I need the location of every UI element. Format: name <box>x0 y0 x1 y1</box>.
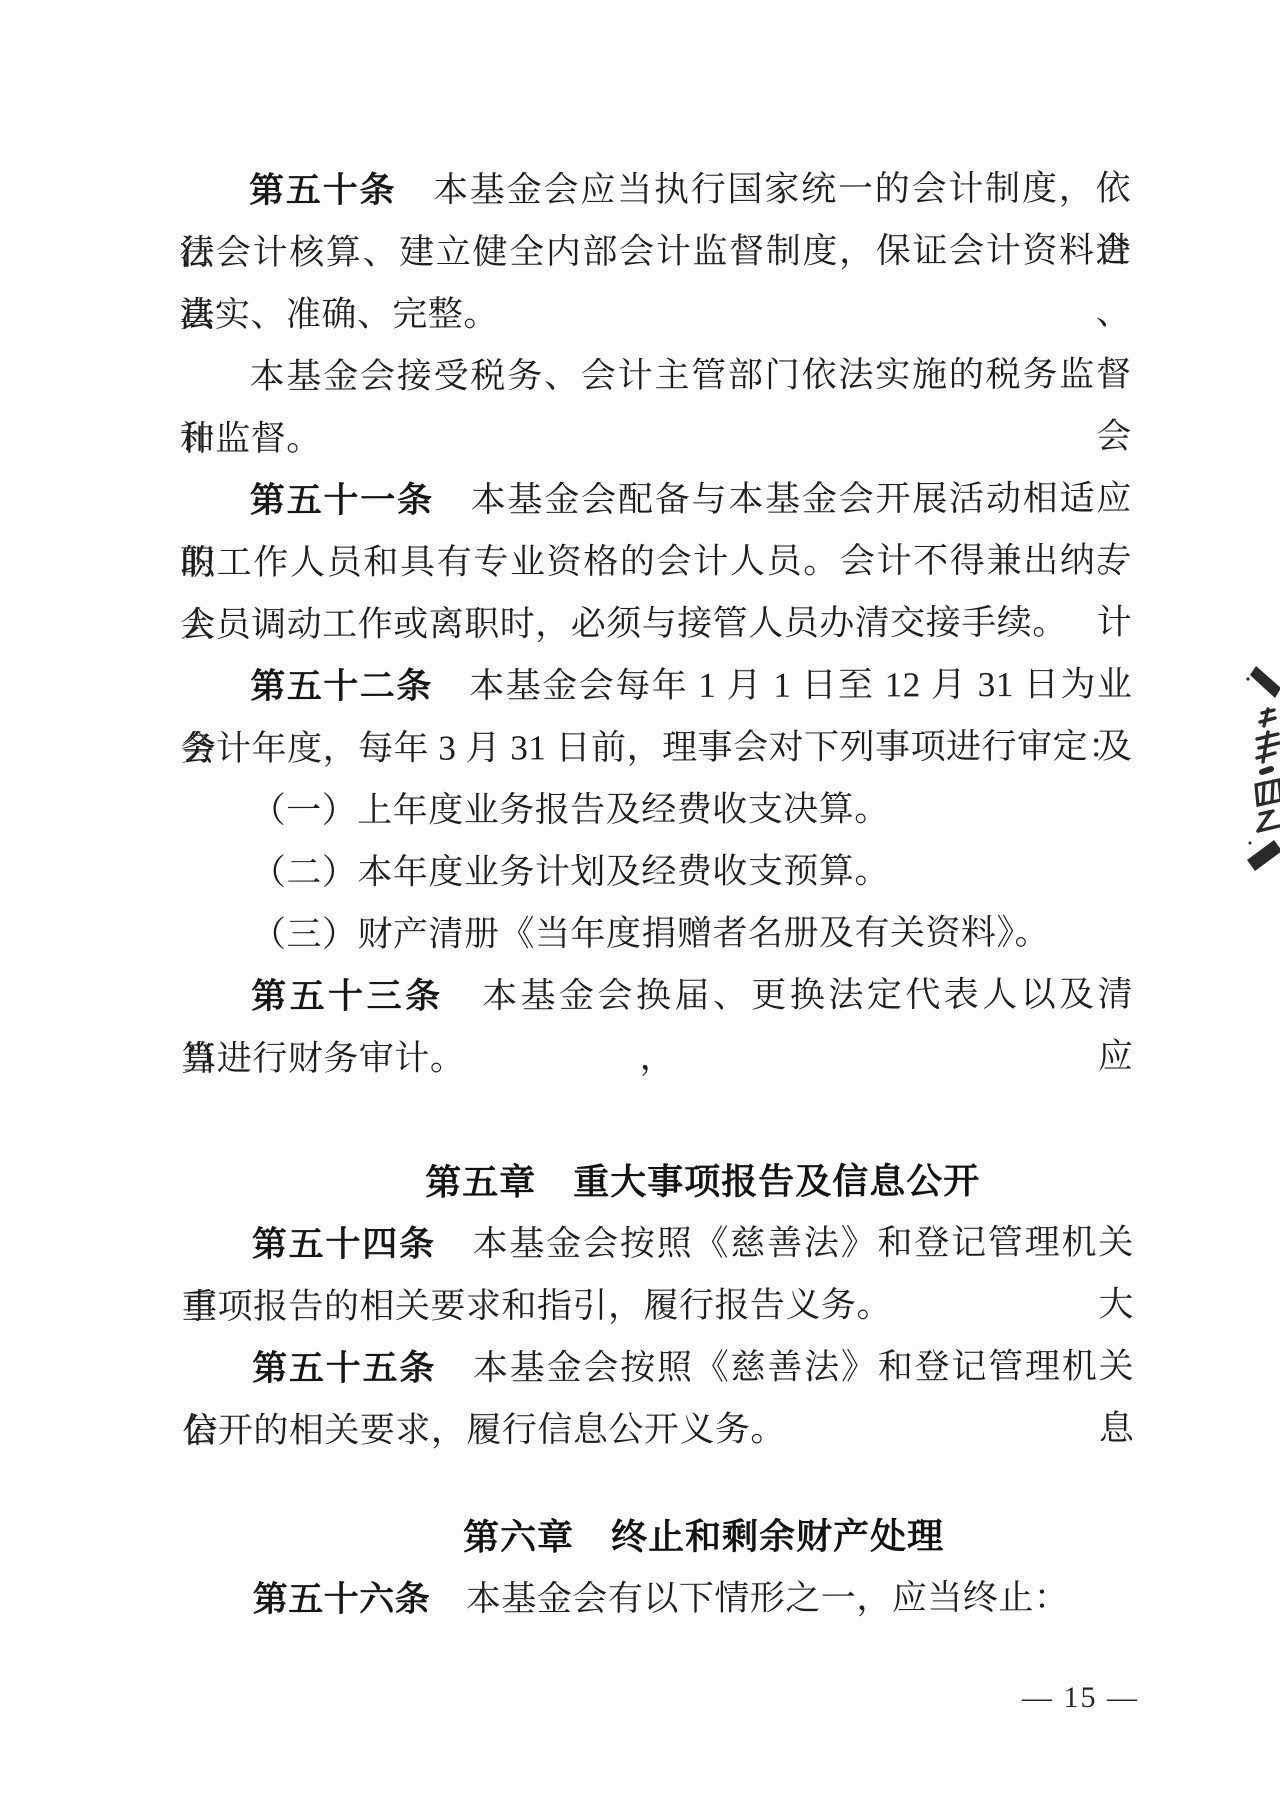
edge-ink-stamp-icon <box>1245 664 1280 876</box>
text-line: 本基金会接受税务、会计主管部门依法实施的税务监督和会 <box>179 344 1131 408</box>
article-number: 第五十三条 <box>251 977 443 1017</box>
article-number: 第五十条 <box>249 171 396 210</box>
text-line: 会计年度，每年 3 月 31 日前，理事会对下列事项进行审定： <box>180 716 1132 780</box>
line-text: 计监督。 <box>180 419 322 458</box>
text-line: 第五十条 本基金会应当执行国家统一的会计制度，依法进 <box>179 158 1131 222</box>
list-item: （二）本年度业务计划及经费收支预算。 <box>181 840 1133 904</box>
line-text: （一）上年度业务报告及经费收支决算。 <box>251 789 890 830</box>
text-line: 第五十一条 本基金会配备与本基金会开展活动相适应的专 <box>180 468 1132 532</box>
line-text: 会计年度，每年 3 月 31 日前，理事会对下列事项进行审定： <box>180 727 1123 768</box>
scanned-document-page: 第五十条 本基金会应当执行国家统一的会计制度，依法进 行会计核算、建立健全内部会… <box>0 0 1280 1811</box>
text-line: 人员调动工作或离职时，必须与接管人员办清交接手续。 <box>180 592 1132 656</box>
list-item: （一）上年度业务报告及经费收支决算。 <box>181 778 1133 842</box>
text-line: 行会计核算、建立健全内部会计监督制度，保证会计资料合法、 <box>179 220 1131 284</box>
text-line: 第五十四条 本基金会按照《慈善法》和登记管理机关重大 <box>182 1212 1134 1276</box>
line-text: （三）财产清册《当年度捐赠者名册及有关资料》。 <box>251 913 1050 954</box>
vertical-gap <box>182 1460 1134 1507</box>
line-text: 当进行财务审计。 <box>181 1038 465 1078</box>
document-body: 第五十条 本基金会应当执行国家统一的会计制度，依法进 行会计核算、建立健全内部会… <box>179 158 1135 1631</box>
page-number: — 15 — <box>1022 1681 1139 1715</box>
line-text: 公开的相关要求，履行信息公开义务。 <box>182 1410 786 1451</box>
vertical-gap <box>181 1088 1133 1152</box>
line-text: 真实、准确、完整。 <box>179 294 499 334</box>
text-line: 第五十三条 本基金会换届、更换法定代表人以及清算，应 <box>181 964 1133 1028</box>
line-text: 事项报告的相关要求和指引，履行报告义务。 <box>182 1285 892 1326</box>
line-text: 本基金会接受税务、会计主管部门依法实施的税务监督和会 <box>180 355 1132 458</box>
article-number: 第五十四条 <box>252 1225 436 1264</box>
text-line: 第五十六条 本基金会有以下情形之一，应当终止： <box>183 1567 1135 1631</box>
article-number: 第五十六条 <box>253 1580 431 1619</box>
text-line: 职工作人员和具有专业资格的会计人员。会计不得兼出纳。会计 <box>180 530 1132 594</box>
article-number: 第五十二条 <box>250 667 433 706</box>
text-line: 第五十二条 本基金会每年 1 月 1 日至 12 月 31 日为业务及 <box>180 654 1132 718</box>
line-text: 人员调动工作或离职时，必须与接管人员办清交接手续。 <box>180 603 1068 644</box>
line-text: 本基金会有以下情形之一，应当终止： <box>430 1578 1069 1619</box>
chapter-heading: 第六章 终止和剩余财产处理 <box>228 1505 1180 1569</box>
line-text: （二）本年度业务计划及经费收支预算。 <box>251 851 890 892</box>
list-item: （三）财产清册《当年度捐赠者名册及有关资料》。 <box>181 902 1133 966</box>
article-number: 第五十五条 <box>252 1349 436 1388</box>
chapter-heading: 第五章 重大事项报告及信息公开 <box>227 1150 1179 1214</box>
text-line: 第五十五条 本基金会按照《慈善法》和登记管理机关信息 <box>182 1336 1134 1400</box>
article-number: 第五十一条 <box>250 481 434 520</box>
